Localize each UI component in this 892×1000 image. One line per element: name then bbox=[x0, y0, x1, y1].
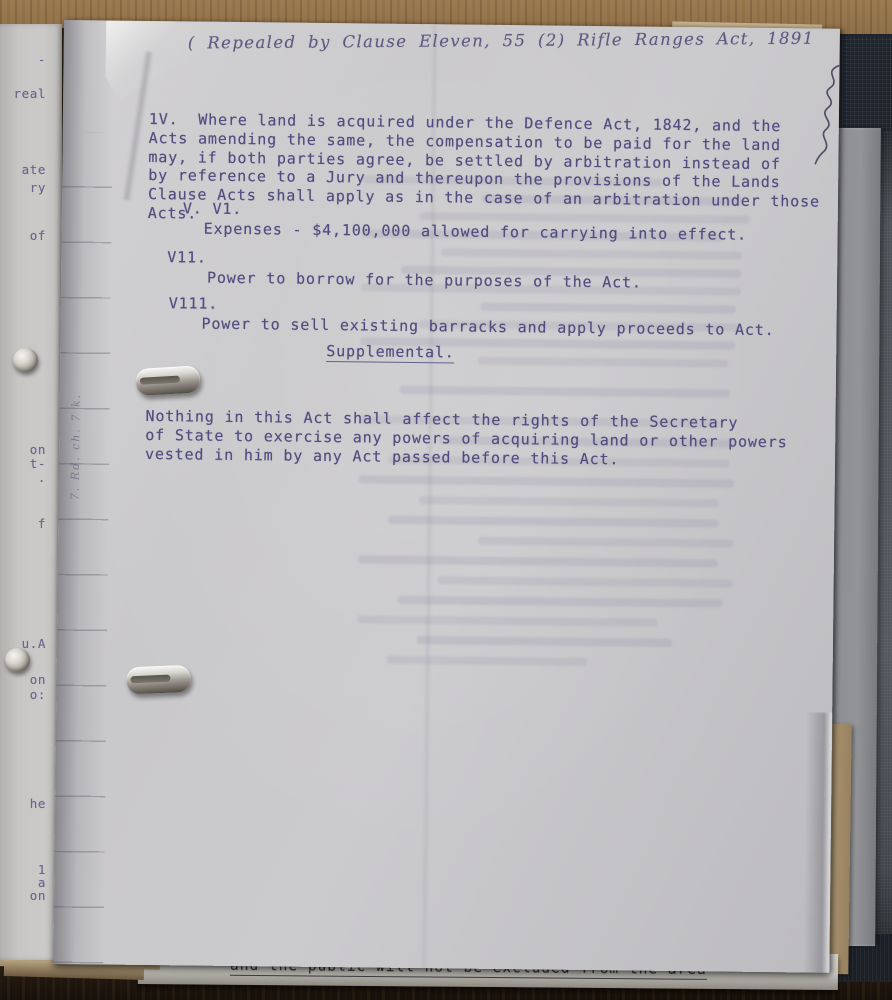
page-edge-curl bbox=[803, 712, 832, 972]
split-pin-fastener-top bbox=[135, 365, 200, 396]
text-fragment: on bbox=[30, 672, 46, 687]
clause-xii-paragraph: Nothing in this Act shall affect the rig… bbox=[145, 351, 788, 470]
bleedthrough-smudge bbox=[397, 596, 722, 608]
bleedthrough-smudge bbox=[388, 516, 718, 528]
bleedthrough-smudge bbox=[387, 656, 587, 666]
gutter-ruled-strip bbox=[53, 20, 114, 965]
binding-stud-top bbox=[13, 348, 38, 372]
text-fragment: . bbox=[38, 470, 46, 485]
binder-corner-top bbox=[842, 36, 892, 132]
bleedthrough-smudge bbox=[359, 475, 734, 487]
text-fragment: on bbox=[30, 888, 46, 903]
bleedthrough-smudge bbox=[478, 537, 733, 548]
bleedthrough-smudge bbox=[419, 496, 719, 507]
bleedthrough-smudge bbox=[357, 615, 657, 626]
text-fragment: f bbox=[38, 516, 46, 531]
bleedthrough-smudge bbox=[438, 576, 733, 587]
previous-page-edge: -realateryofont-.fu.Aono:he1aon bbox=[0, 24, 62, 960]
text-fragment: ry bbox=[30, 180, 46, 195]
gutter-handwritten-note: 7. Rd. ch. 7 k. bbox=[69, 350, 84, 500]
text-fragment: on bbox=[30, 442, 46, 457]
bleedthrough-smudge bbox=[358, 555, 718, 567]
split-pin-fastener-bottom bbox=[126, 665, 191, 695]
text-fragment: of bbox=[30, 228, 46, 243]
text-fragment: real bbox=[13, 86, 46, 101]
text-fragment: t- bbox=[30, 456, 46, 471]
bleedthrough-smudge bbox=[417, 636, 672, 647]
binding-stud-bottom bbox=[5, 648, 30, 672]
text-fragment: he bbox=[30, 796, 46, 811]
document-page: ( Repealed by Clause Eleven, 55 (2) Rifl… bbox=[53, 20, 840, 973]
handwritten-repeal-note: ( Repealed by Clause Eleven, 55 (2) Rifl… bbox=[188, 29, 828, 53]
text-fragment: - bbox=[38, 52, 46, 67]
text-fragment: o: bbox=[30, 687, 46, 702]
text-fragment: ate bbox=[22, 162, 46, 177]
text-fragment: u.A bbox=[22, 636, 46, 651]
